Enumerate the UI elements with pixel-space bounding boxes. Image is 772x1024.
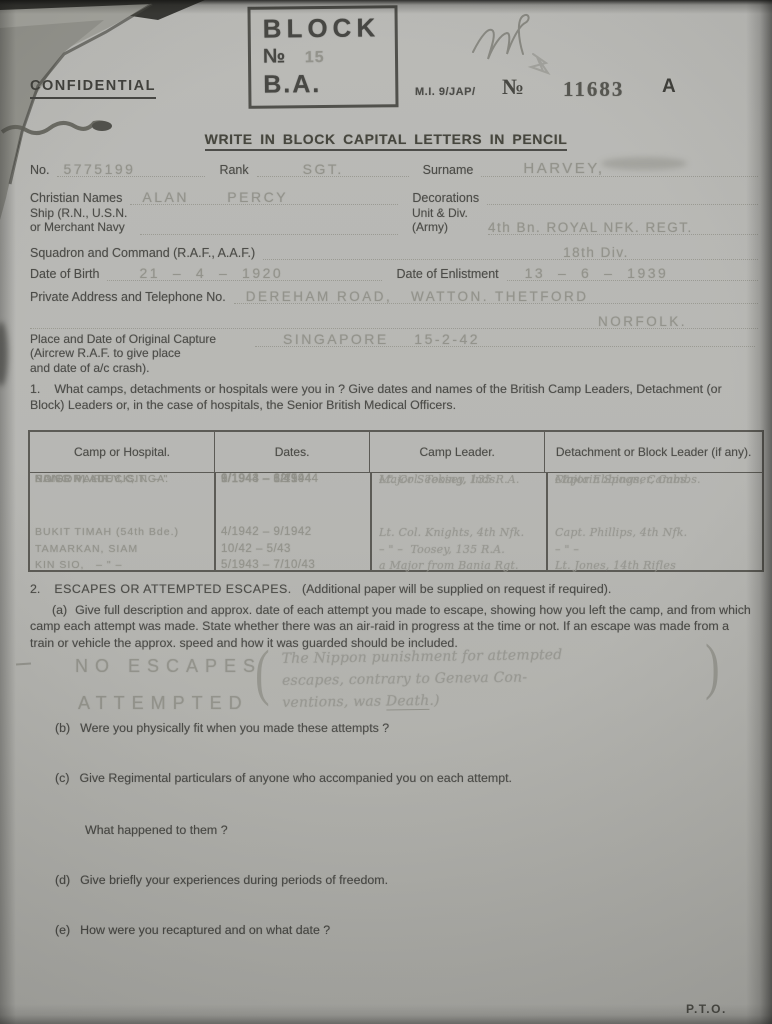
- answer-note-line2: escapes, contrary to Geneva Con-: [282, 667, 702, 689]
- rank-value: SGT.: [303, 161, 344, 177]
- answer-note-line3: ventions, was Death.): [282, 689, 702, 711]
- question-2c: (c)Give Regimental particulars of anyone…: [55, 770, 745, 786]
- header-dates: Dates.: [215, 432, 370, 472]
- scanned-pow-questionnaire: BLOCK № 15 B.A. CONFIDENTIAL M.I. 9/JAP/…: [0, 0, 772, 1024]
- stamp-no-line: № 15: [263, 44, 395, 68]
- christian-names-value: ALAN PERCY: [142, 189, 288, 205]
- table-row: SAIGON, FR. I.C. 1/1944 – 8/45 – " – – "…: [30, 473, 762, 490]
- please-turn-over: P.T.O.: [686, 1002, 727, 1016]
- camps-table-body: BUKIT TIMAH (54th Bde.) 4/1942 – 9/1942 …: [30, 473, 762, 571]
- capture-field: SINGAPORE 15-2-42: [255, 330, 755, 347]
- ref-no-sign: №: [502, 74, 524, 100]
- table-row: BUKIT TIMAH (54th Bde.) 4/1942 – 9/1942 …: [30, 526, 762, 543]
- dates-cell: 10/42 – 5/43: [221, 543, 373, 555]
- unit-div-label: Unit & Div. (Army): [412, 206, 480, 235]
- table-row: KIN SIO, – " – 5/1943 – 7/10/43 a Major …: [30, 559, 762, 576]
- rank-field: SGT.: [257, 160, 409, 177]
- capture-value: SINGAPORE 15-2-42: [283, 331, 480, 347]
- block-number-stamp: BLOCK № 15 B.A.: [247, 5, 398, 109]
- camp-cell: KIN SIO, – " –: [35, 559, 215, 571]
- answer-line1: NO ESCAPES: [75, 656, 262, 677]
- camps-table-header: Camp or Hospital. Dates. Camp Leader. De…: [30, 432, 762, 473]
- squadron-field: 18th Div.: [263, 243, 758, 260]
- form-instruction-heading: WRITE IN BLOCK CAPITAL LETTERS IN PENCIL: [0, 131, 772, 149]
- no-value: 5775199: [63, 161, 135, 177]
- question-2a-label: (a): [52, 603, 67, 617]
- question-2: 2.ESCAPES OR ATTEMPTED ESCAPES. (Additio…: [30, 581, 755, 597]
- ref-number: 11683: [563, 77, 624, 102]
- address-field-line2: NORFOLK.: [30, 312, 758, 329]
- pencil-dash-mark: [16, 662, 31, 665]
- christian-names-field: ALAN PERCY: [130, 188, 398, 205]
- camp-cell: TAMARKAN, SIAM: [35, 543, 215, 555]
- question-2b: (b)Were you physically fit when you made…: [55, 720, 745, 736]
- dates-cell: 1/1944 – 8/45: [221, 473, 373, 485]
- question-2a-text: Give full description and approx. date o…: [30, 603, 751, 650]
- ship-field: [140, 218, 398, 235]
- row-address-line2: NORFOLK.: [30, 312, 758, 329]
- enlistment-field: 13 – 6 – 1939: [507, 264, 758, 281]
- dates-cell: 4/1942 – 9/1942: [221, 526, 373, 538]
- leader-cell: a Major from Bania Rgt.: [379, 559, 551, 572]
- address-label: Private Address and Telephone No.: [30, 290, 226, 304]
- row-squadron: Squadron and Command (R.A.F., A.A.F.) 18…: [30, 243, 758, 260]
- dob-label: Date of Birth: [30, 267, 99, 281]
- header-camp-or-hospital: Camp or Hospital.: [30, 432, 215, 472]
- unit-div-value: 4th Bn. ROYAL NFK. REGT.: [488, 220, 693, 235]
- no-label: No.: [30, 163, 49, 177]
- question-1-number: 1.: [30, 382, 40, 396]
- unit-div-field: 4th Bn. ROYAL NFK. REGT.: [488, 218, 758, 235]
- leader-cell: – " –: [379, 473, 551, 486]
- dates-cell: 5/1943 – 7/10/43: [221, 559, 373, 571]
- address-value-line2: NORFOLK.: [598, 314, 687, 329]
- ship-label: Ship (R.N., U.S.N. or Merchant Navy: [30, 206, 132, 235]
- block-leader-cell: – " –: [555, 543, 763, 556]
- christian-names-label: Christian Names: [30, 191, 122, 205]
- handwritten-paren-close: ): [705, 636, 719, 698]
- question-2-number: 2.: [30, 582, 40, 596]
- row-names-decorations: Christian Names ALAN PERCY Decorations: [30, 188, 758, 205]
- address-field: DEREHAM ROAD, WATTON. THETFORD: [234, 287, 758, 304]
- dob-value: 21 – 4 – 1920: [139, 265, 283, 281]
- block-leader-cell: Capt. Phillips, 4th Nfk.: [555, 526, 763, 539]
- camp-cell: BUKIT TIMAH (54th Bde.): [35, 526, 215, 538]
- decorations-field: [487, 188, 758, 205]
- ref-prefix: M.I. 9/JAP/: [415, 86, 476, 98]
- address-value-line1: DEREHAM ROAD, WATTON. THETFORD: [246, 289, 589, 304]
- stamp-no-sign: №: [263, 45, 286, 67]
- question-1-text: What camps, detachments or hospitals wer…: [30, 382, 722, 412]
- confidential-marking: CONFIDENTIAL: [30, 78, 156, 99]
- row-ship-unit: Ship (R.N., U.S.N. or Merchant Navy Unit…: [30, 206, 758, 235]
- no-field: 5775199: [57, 160, 205, 177]
- decorations-label: Decorations: [412, 191, 479, 205]
- surname-value: HARVEY,: [523, 160, 604, 177]
- answer-line2: ATTEMPTED: [78, 693, 249, 714]
- surname-label: Surname: [423, 163, 474, 177]
- question-1: 1.What camps, detachments or hospitals w…: [30, 381, 748, 414]
- squadron-label: Squadron and Command (R.A.F., A.A.F.): [30, 246, 255, 260]
- pencil-scribble: [455, 4, 590, 76]
- capture-label: Place and Date of Original Capture (Airc…: [30, 332, 260, 375]
- handwritten-paren-open: (: [255, 642, 269, 704]
- answer-note: The Nippon punishment for attempted esca…: [282, 645, 703, 711]
- question-2-title: ESCAPES OR ATTEMPTED ESCAPES.: [54, 582, 291, 596]
- ref-series-letter: A: [662, 76, 676, 98]
- enlistment-label: Date of Enlistment: [396, 267, 498, 281]
- question-2a: (a)Give full description and approx. dat…: [30, 602, 755, 651]
- block-leader-cell: – " –: [555, 473, 763, 486]
- leader-cell: Lt. Col. Knights, 4th Nfk.: [379, 526, 551, 539]
- leader-cell: – " – Toosey, 135 R.A.: [379, 543, 551, 556]
- camp-cell: SAIGON, FR. I.C.: [35, 473, 215, 485]
- dob-field: 21 – 4 – 1920: [107, 264, 382, 281]
- question-2e: (e)How were you recaptured and on what d…: [55, 922, 745, 938]
- stamp-no-pencil-value: 15: [305, 49, 325, 66]
- header-block-leader: Detachment or Block Leader (if any).: [545, 432, 762, 472]
- unit-div-value-2: 18th Div.: [563, 245, 629, 260]
- question-2d: (d)Give briefly your experiences during …: [55, 872, 745, 888]
- camps-table: Camp or Hospital. Dates. Camp Leader. De…: [28, 430, 764, 572]
- rank-label: Rank: [219, 163, 248, 177]
- scan-edge-blemish: [0, 322, 8, 386]
- underlined-death-word: Death: [386, 693, 430, 711]
- question-2-subtitle: (Additional paper will be supplied on re…: [302, 582, 611, 596]
- table-row: TAMARKAN, SIAM 10/42 – 5/43 – " – Toosey…: [30, 543, 762, 560]
- header-camp-leader: Camp Leader.: [370, 432, 545, 472]
- block-leader-cell: Lt. Jones, 14th Rifles: [555, 559, 763, 572]
- stamp-title: BLOCK: [263, 12, 395, 44]
- enlistment-value: 13 – 6 – 1939: [525, 265, 669, 281]
- row-dob-enlistment: Date of Birth 21 – 4 – 1920 Date of Enli…: [30, 264, 758, 281]
- stamp-org: B.A.: [263, 69, 395, 99]
- erased-text-smudge: [601, 157, 687, 170]
- question-2c-followup: What happened to them ?: [85, 822, 745, 838]
- row-address: Private Address and Telephone No. DEREHA…: [30, 287, 758, 304]
